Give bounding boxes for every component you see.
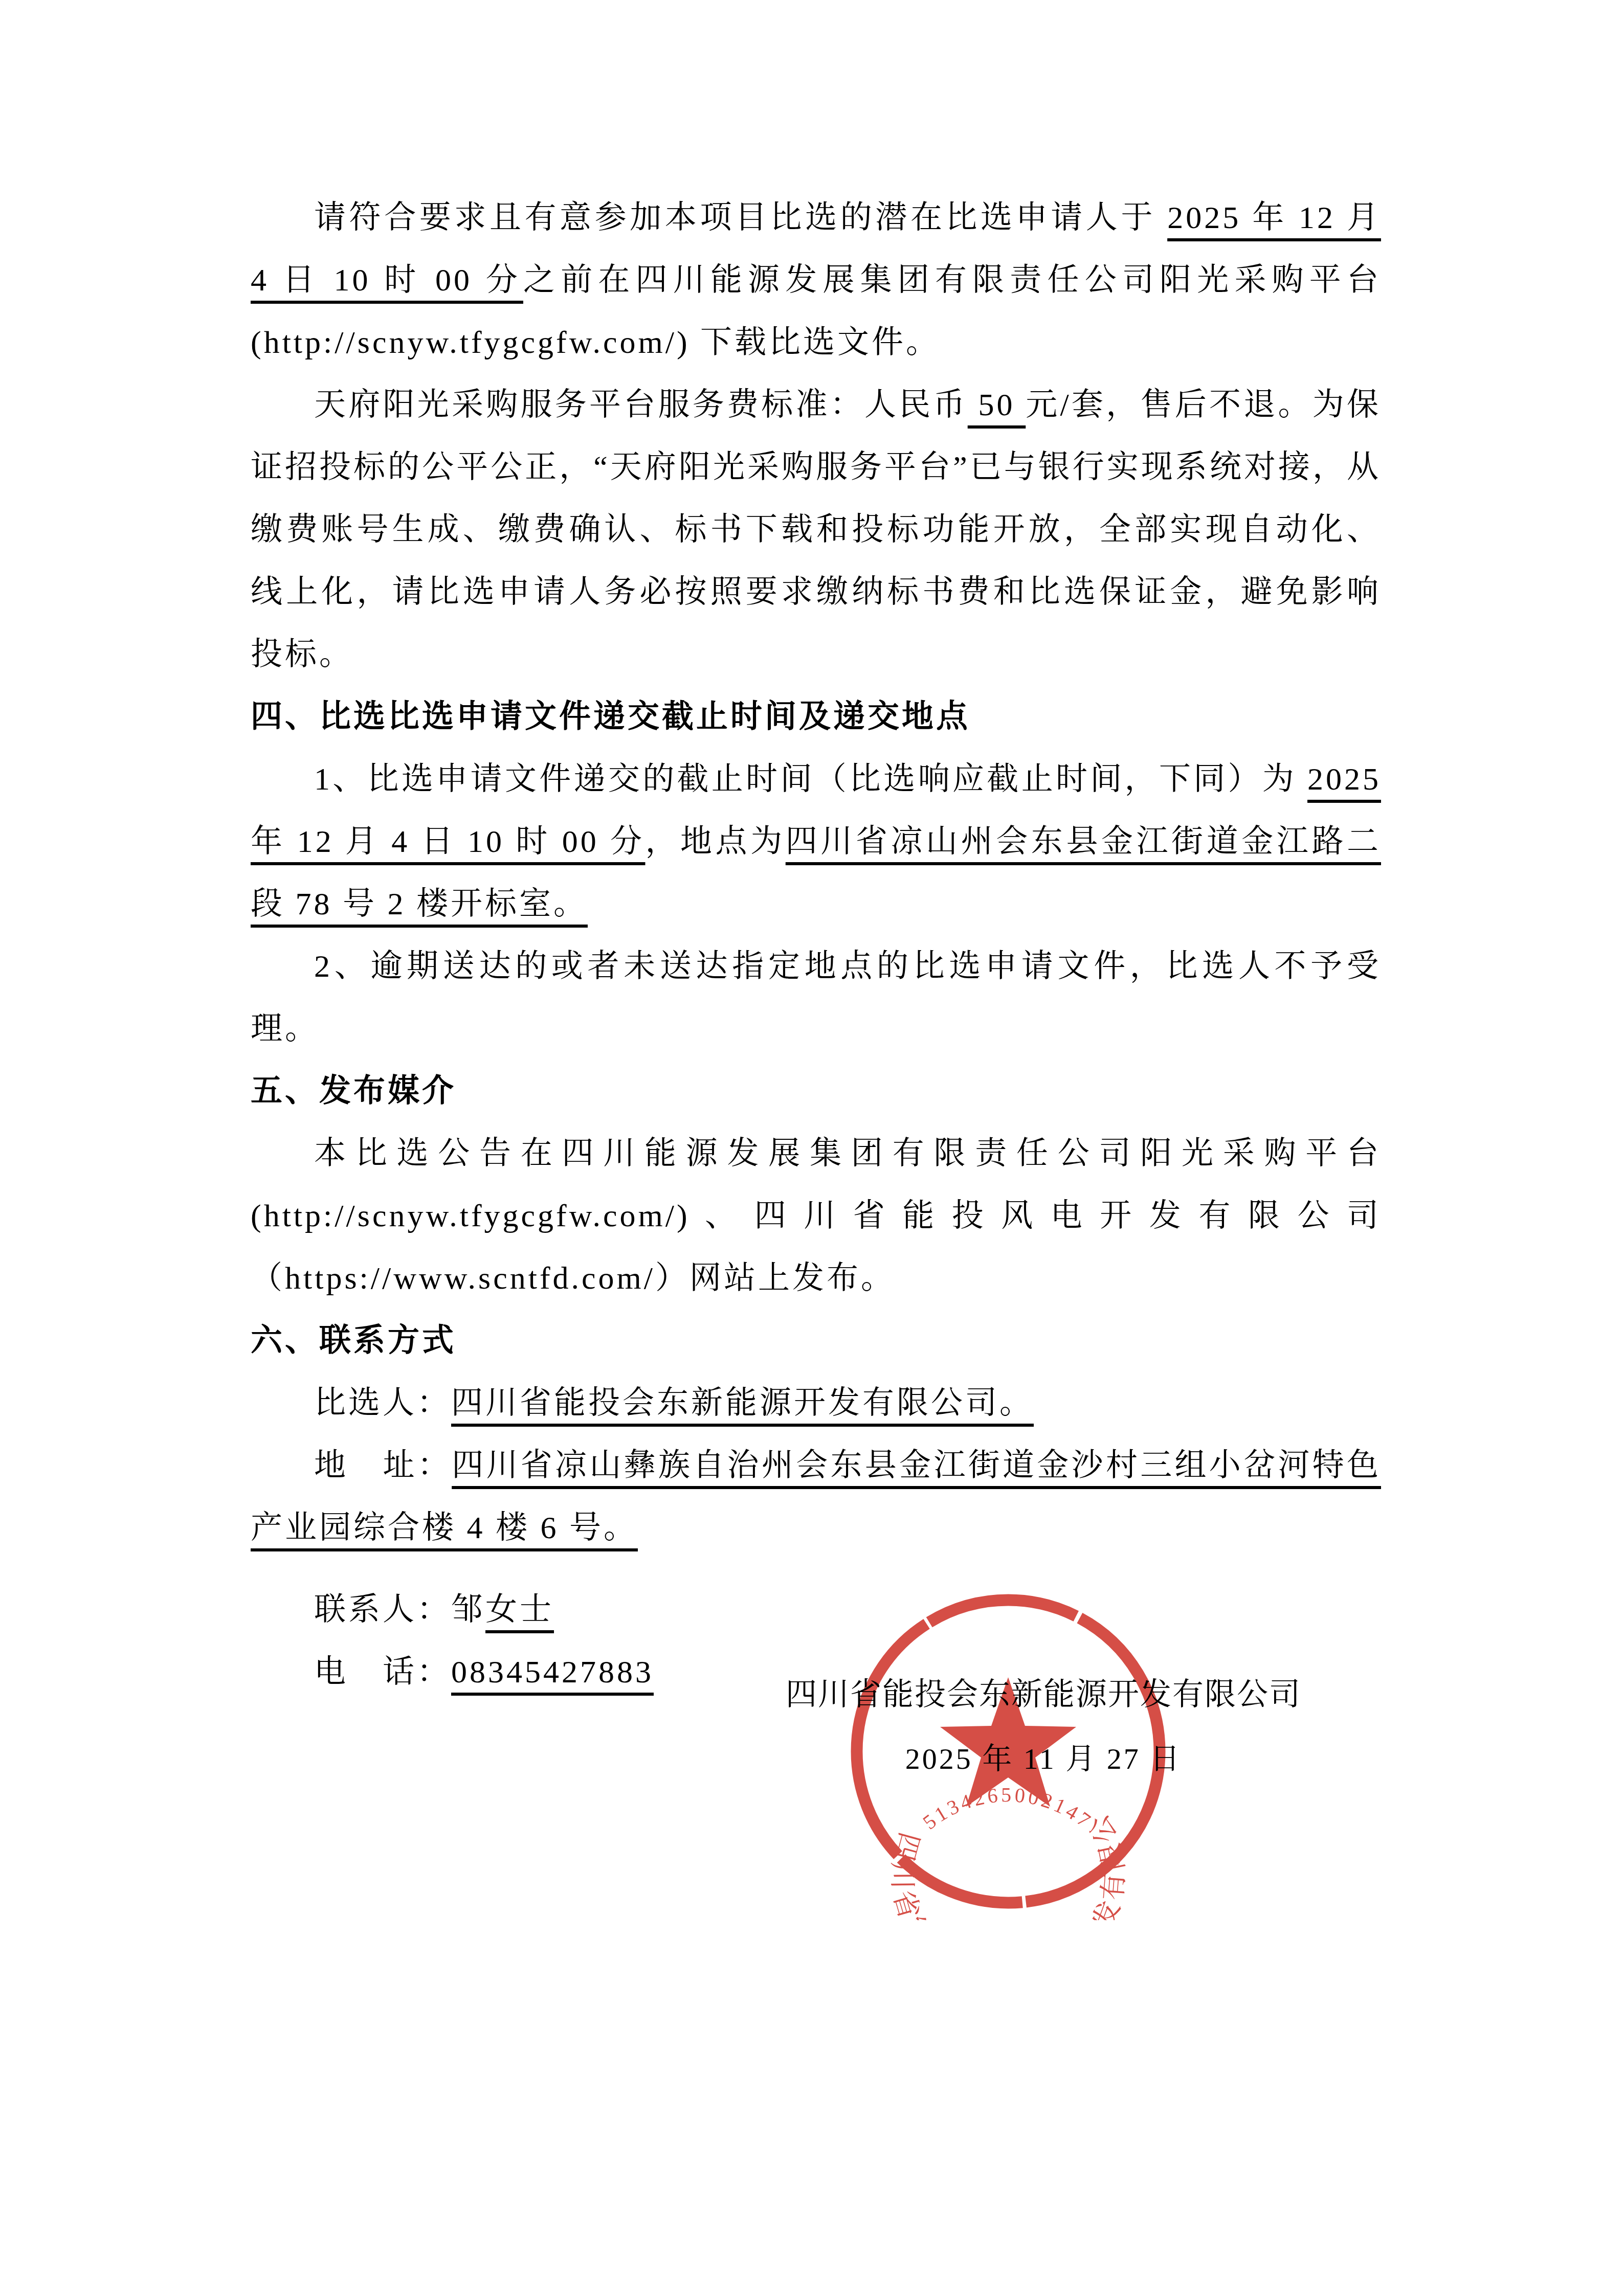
paragraph-publish-media: 本比选公告在四川能源发展集团有限责任公司阳光采购平台(http://scnyw.… — [251, 1122, 1381, 1310]
paragraph-section-5-heading: 五、发布媒介 — [251, 1060, 1381, 1122]
paragraph-service-fee: 天府阳光采购服务平台服务费标准：人民币 50 元/套，售后不退。为保证招投标的公… — [251, 374, 1381, 686]
paragraph-section-6-heading: 六、联系方式 — [251, 1310, 1381, 1372]
company-seal: 四川省能投会东新能源开发有限公司 5134265002147 — [839, 1583, 1177, 1920]
paragraph-contact-person: 联系人：邹女士 — [251, 1579, 1381, 1641]
paragraph-contact-address: 地 址：四川省凉山彝族自治州会东县金江街道金沙村三组小岔河特色产业园综合楼 4 … — [251, 1434, 1381, 1559]
paragraph-item-2-late: 2、逾期送达的或者未送达指定地点的比选申请文件，比选人不予受理。 — [251, 935, 1381, 1060]
paragraph-item-1-deadline: 1、比选申请文件递交的截止时间（比选响应截止时间，下同）为 2025 年 12 … — [251, 748, 1381, 935]
paragraph-contact-bidder: 比选人：四川省能投会东新能源开发有限公司。 — [251, 1372, 1381, 1434]
paragraph-notice-download: 请符合要求且有意参加本项目比选的潜在比选申请人于 2025 年 12 月 4 日… — [251, 187, 1381, 374]
page: 请符合要求且有意参加本项目比选的潜在比选申请人于 2025 年 12 月 4 日… — [0, 0, 1624, 2296]
paragraph-section-4-heading: 四、比选比选申请文件递交截止时间及递交地点 — [251, 686, 1381, 748]
seal-serial-text: 5134265002147 — [919, 1783, 1097, 1834]
document-body: 请符合要求且有意参加本项目比选的潜在比选申请人于 2025 年 12 月 4 日… — [251, 187, 1381, 1703]
